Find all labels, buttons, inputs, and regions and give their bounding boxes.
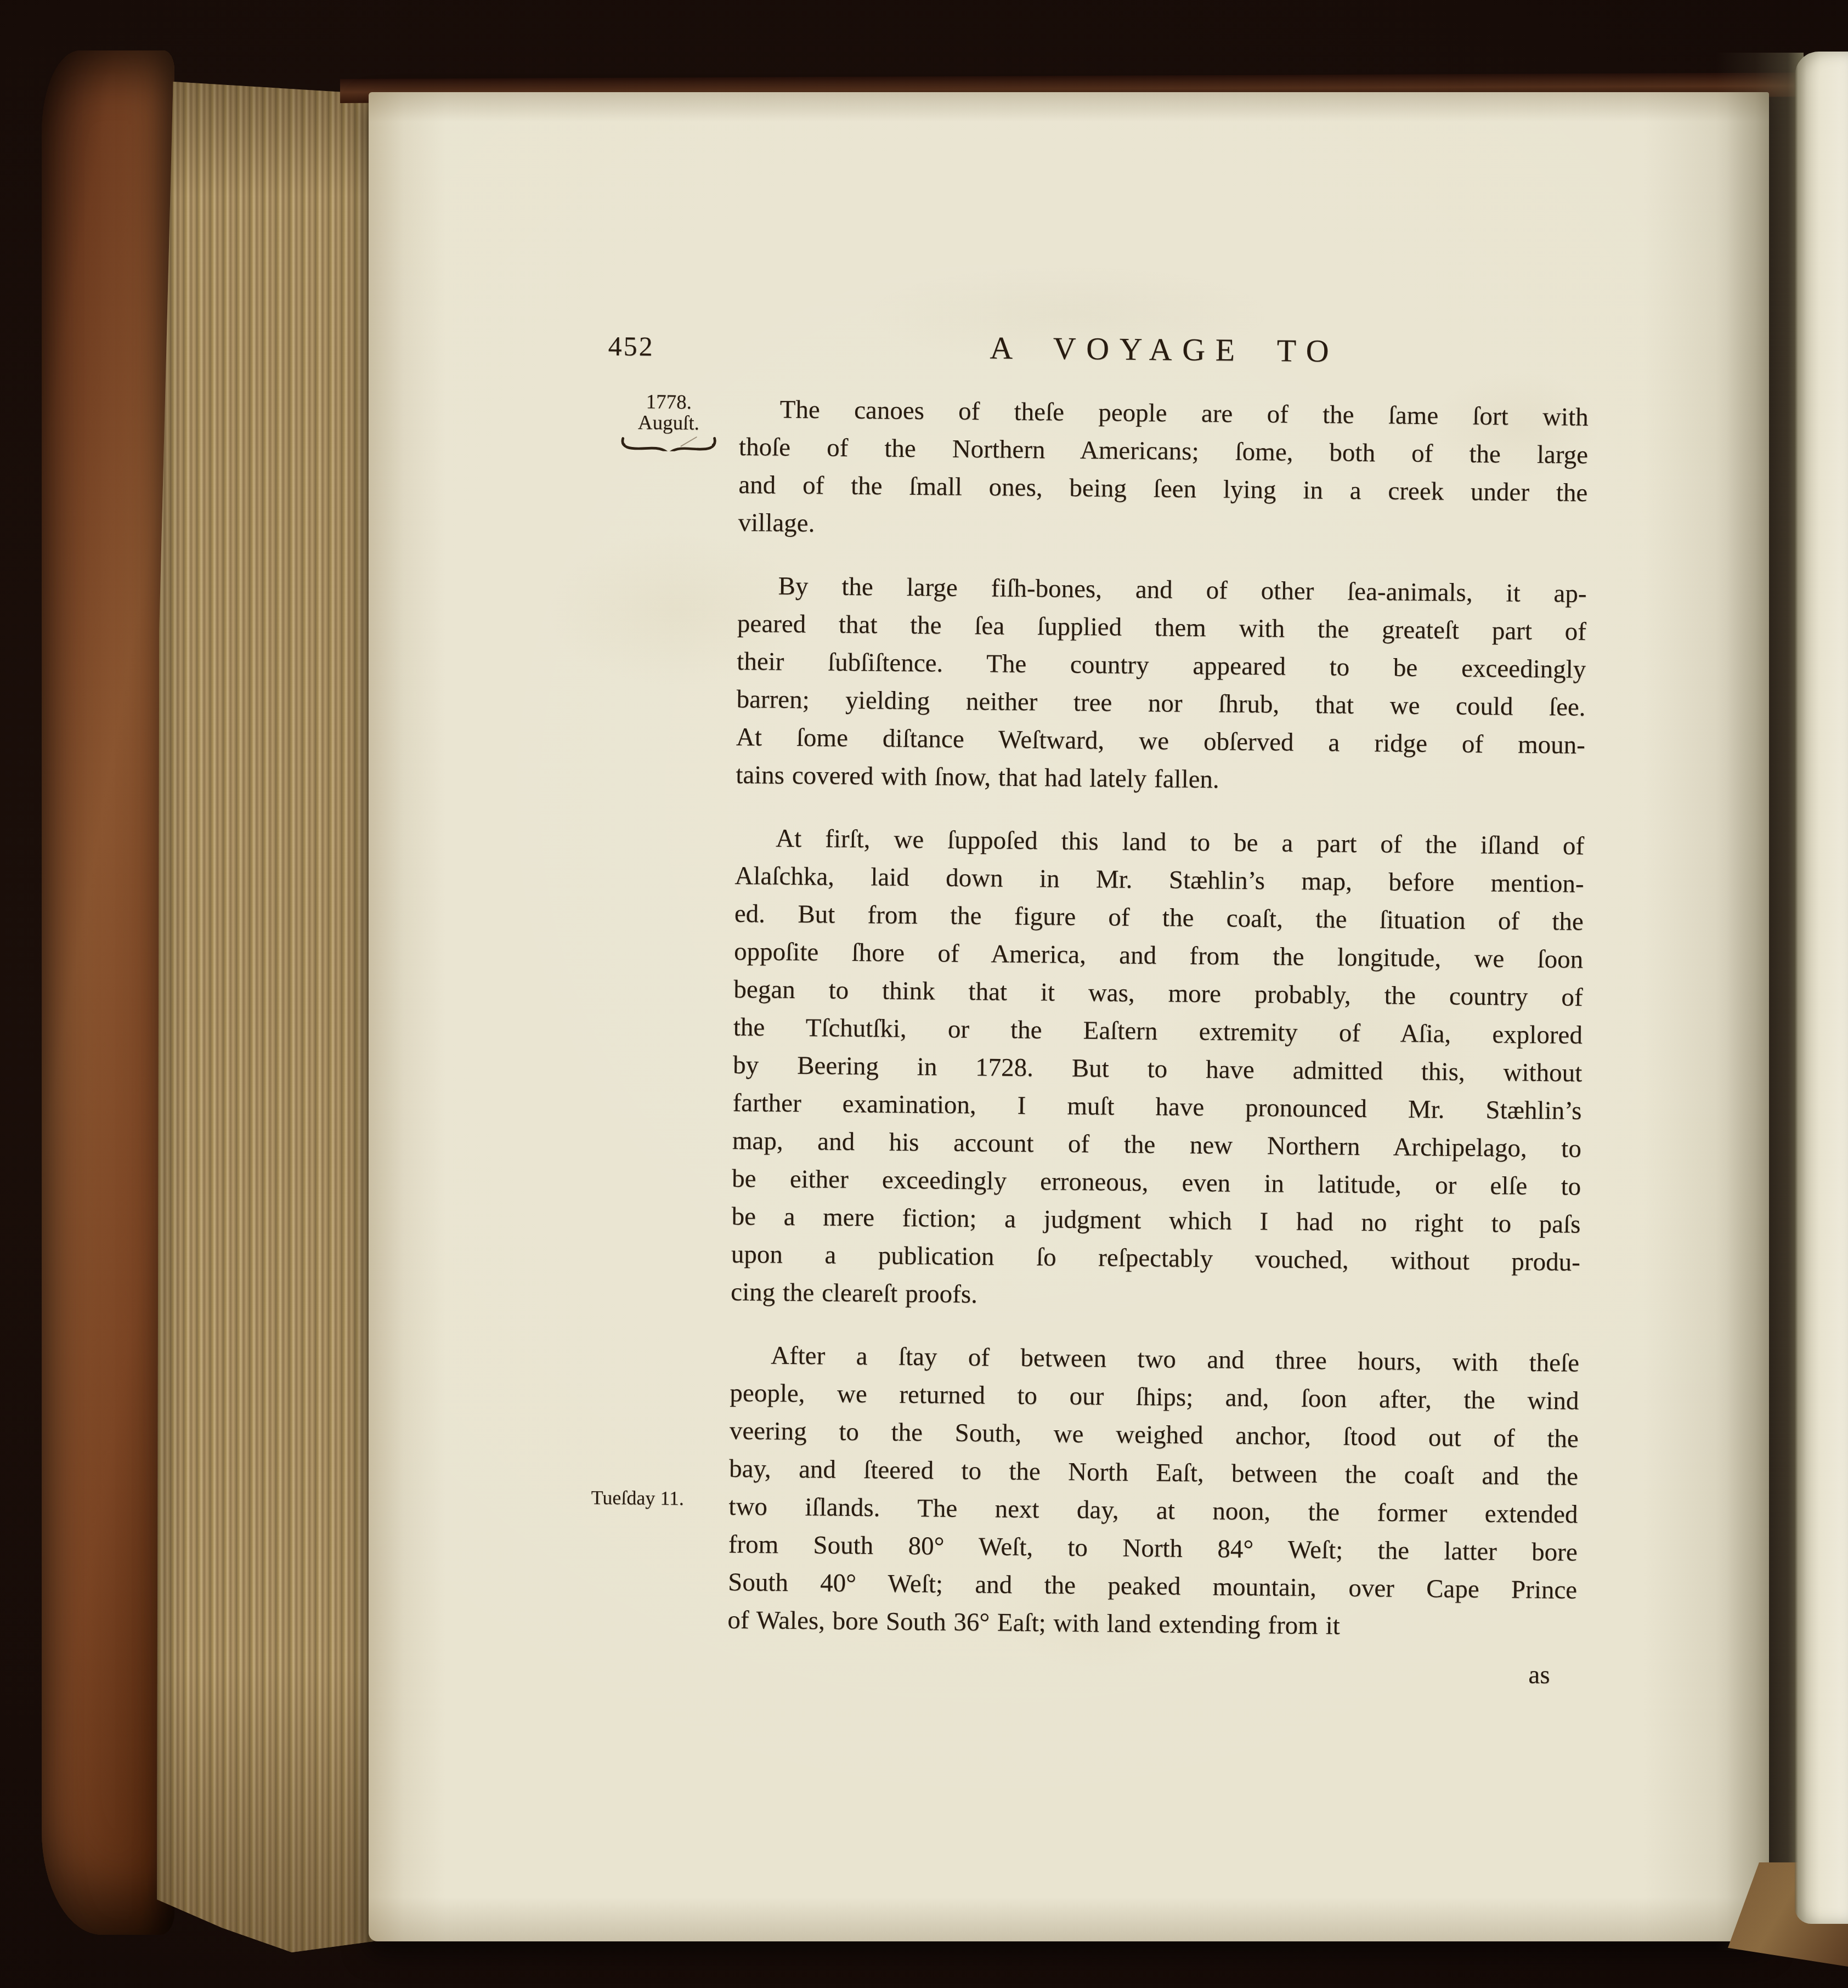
margin-note-date: 1778. Auguſt. xyxy=(615,392,722,452)
book-spine-leather xyxy=(42,50,174,1935)
catchword: as xyxy=(727,1652,1576,1690)
gutter-shadow xyxy=(1716,53,1804,1950)
page-edges-stack xyxy=(157,65,389,1952)
book-page: 452 A VOYAGE TO 1778. Auguſt. Tueſday 11… xyxy=(369,92,1769,1941)
page-number: 452 xyxy=(608,330,654,363)
page-content: 452 A VOYAGE TO 1778. Auguſt. Tueſday 11… xyxy=(354,89,1772,1951)
margin-note-year: 1778. xyxy=(615,392,722,414)
paragraph: After a ſtay of between two and three ho… xyxy=(727,1336,1579,1647)
photo-background: 452 A VOYAGE TO 1778. Auguſt. Tueſday 11… xyxy=(0,0,1848,1988)
running-header: A VOYAGE TO xyxy=(739,327,1589,372)
paragraph: The canoes of theſe people are of the ſa… xyxy=(738,390,1589,550)
body-text: The canoes of theſe people are of the ſa… xyxy=(727,390,1589,1647)
paragraph: By the large fiſh-bones, and of other ſe… xyxy=(736,567,1587,802)
paragraph: At firſt, we ſuppoſed this land to be a … xyxy=(731,819,1585,1319)
next-page-edge xyxy=(1795,52,1848,1924)
margin-note-month: Auguſt. xyxy=(615,412,722,434)
margin-note-day: Tueſday 11. xyxy=(591,1487,722,1509)
brace-icon xyxy=(615,434,721,452)
